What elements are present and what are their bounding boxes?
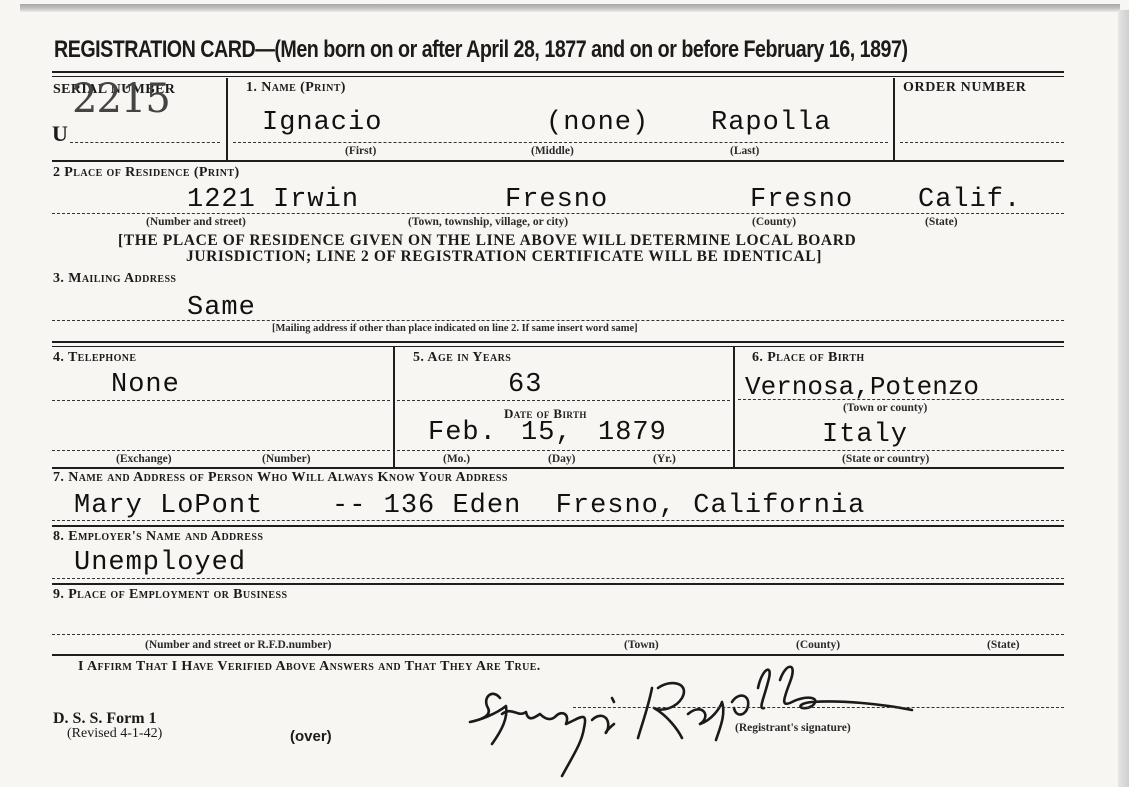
age-label: 5. Age in Years — [413, 350, 511, 366]
divider-serial-name — [226, 78, 228, 160]
title-rule-thin — [52, 76, 1064, 77]
registration-card: REGISTRATION CARD—(Men born on or after … — [0, 0, 1129, 787]
name-label: 1. Name (Print) — [246, 80, 346, 96]
order-number-label: ORDER NUMBER — [903, 80, 1026, 96]
birthplace-country-caption: (State or country) — [842, 453, 929, 465]
dob-day-caption: (Day) — [548, 453, 575, 465]
row3-bottom-rule-thin — [52, 346, 1064, 347]
contact-value: Mary LoPont -- 136 Eden Fresno, Californ… — [74, 491, 865, 521]
telephone-line2 — [52, 450, 390, 451]
dob-month-caption: (Mo.) — [443, 453, 470, 465]
residence-county-caption: (County) — [752, 216, 796, 228]
telephone-number-caption: (Number) — [262, 453, 311, 465]
employment-state-caption: (State) — [987, 639, 1020, 651]
residence-label: 2 Place of Residence (Print) — [53, 165, 240, 181]
age-value: 63 — [508, 370, 542, 400]
row9-bottom-rule — [52, 654, 1064, 656]
mailing-caption: [Mailing address if other than place ind… — [272, 323, 638, 334]
employment-place-label: 9. Place of Employment or Business — [53, 587, 287, 603]
row1-bottom-rule — [52, 160, 1064, 162]
name-line — [233, 142, 888, 143]
over-note: (over) — [290, 728, 332, 745]
dob-line — [397, 450, 730, 451]
residence-street-caption: (Number and street) — [146, 216, 246, 228]
telephone-exchange-caption: (Exchange) — [116, 453, 172, 465]
order-number-line — [900, 142, 1064, 143]
signature-line — [573, 707, 1064, 708]
residence-state-caption: (State) — [925, 216, 958, 228]
name-first: Ignacio — [262, 108, 382, 138]
card-title: REGISTRATION CARD—(Men born on or after … — [54, 36, 908, 64]
contact-label: 7. Name and Address of Person Who Will A… — [53, 470, 508, 486]
divider-age-birthplace — [733, 347, 735, 467]
residence-line — [52, 213, 1064, 214]
serial-number-value: 2215 — [72, 76, 170, 122]
residence-notice-line2: JURISDICTION; LINE 2 OF REGISTRATION CER… — [186, 248, 822, 266]
birthplace-country-line — [738, 450, 1064, 451]
divider-name-order — [893, 78, 895, 160]
dob-day: 15, — [521, 418, 573, 448]
name-last-caption: (Last) — [730, 145, 759, 157]
row3-bottom-rule — [52, 341, 1064, 343]
residence-county: Fresno — [750, 185, 853, 215]
residence-street: 1221 Irwin — [187, 185, 359, 215]
mailing-label: 3. Mailing Address — [53, 271, 176, 287]
telephone-value: None — [111, 370, 180, 400]
form-revision: (Revised 4-1-42) — [67, 726, 162, 742]
row4-bottom-rule — [52, 467, 1064, 469]
card-right-edge — [1118, 10, 1129, 787]
telephone-line1 — [52, 400, 390, 401]
birthplace-country: Italy — [822, 420, 908, 450]
title-rule — [52, 71, 1064, 73]
signature-caption: (Registrant's signature) — [735, 722, 851, 734]
dob-year: 1879 — [598, 418, 667, 448]
telephone-label: 4. Telephone — [53, 350, 136, 366]
employer-line — [52, 578, 1064, 579]
employment-place-line — [52, 634, 1064, 635]
residence-town: Fresno — [505, 185, 608, 215]
name-middle: (none) — [546, 108, 649, 138]
employment-town-caption: (Town) — [624, 639, 659, 651]
birthplace-town: Vernosa,Potenzo — [745, 372, 979, 402]
contact-line — [52, 520, 1064, 521]
name-last: Rapolla — [711, 108, 831, 138]
mailing-value: Same — [187, 293, 256, 323]
dob-month: Feb. — [428, 418, 497, 448]
serial-line — [70, 142, 220, 143]
signature-scribble-icon — [462, 658, 922, 783]
employment-street-caption: (Number and street or R.F.D.number) — [145, 639, 331, 651]
dob-year-caption: (Yr.) — [653, 453, 676, 465]
serial-prefix: U — [52, 121, 68, 147]
employer-label: 8. Employer's Name and Address — [53, 529, 263, 545]
card-top-edge — [20, 4, 1120, 12]
birthplace-town-line — [738, 399, 1064, 400]
row7-bottom-rule — [52, 525, 1064, 527]
mailing-line — [52, 320, 1064, 321]
divider-phone-age — [393, 347, 395, 467]
residence-town-caption: (Town, township, village, or city) — [408, 216, 568, 228]
birthplace-town-caption: (Town or county) — [843, 402, 927, 414]
birthplace-label: 6. Place of Birth — [752, 350, 865, 366]
residence-state: Calif. — [918, 185, 1021, 215]
name-middle-caption: (Middle) — [531, 145, 574, 157]
registrant-signature — [462, 658, 922, 783]
row8-bottom-rule — [52, 583, 1064, 585]
name-first-caption: (First) — [345, 145, 376, 157]
age-line — [397, 400, 730, 401]
employer-value: Unemployed — [74, 548, 246, 578]
employment-county-caption: (County) — [796, 639, 840, 651]
